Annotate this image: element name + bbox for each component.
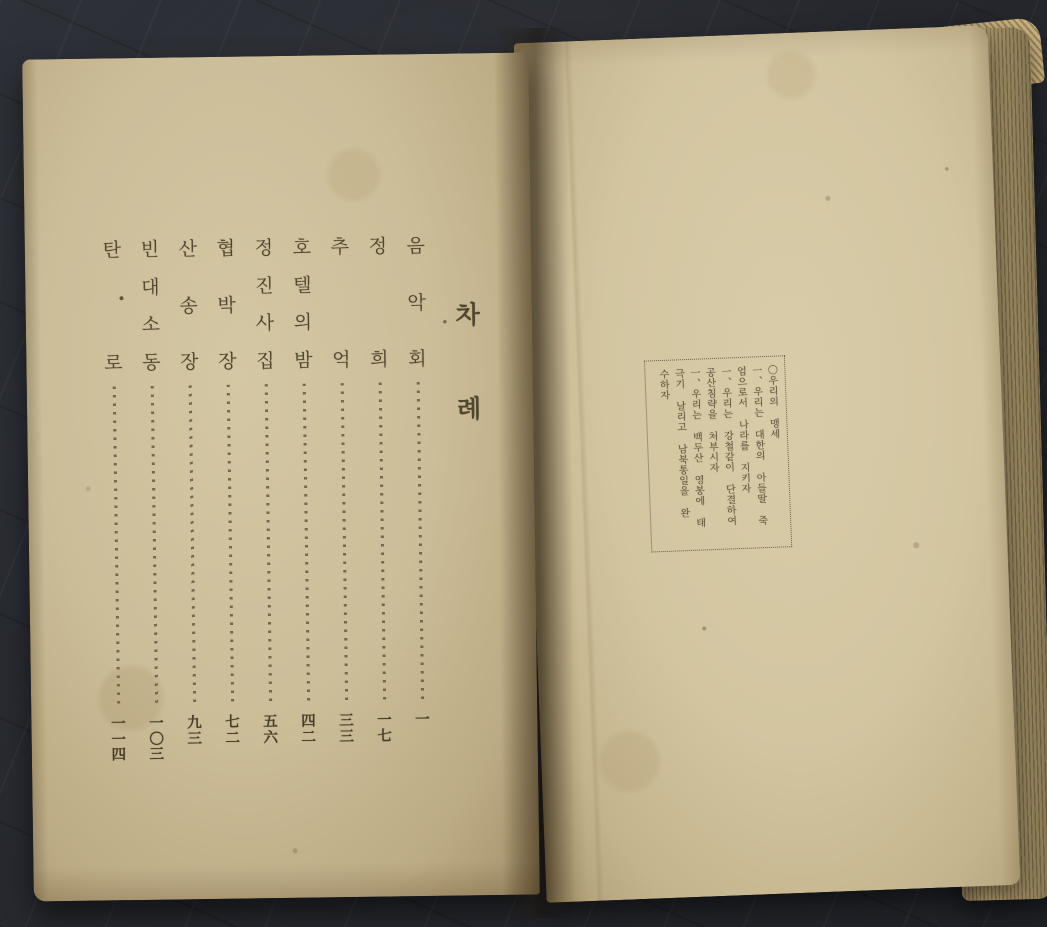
- toc-entry-page-char: 二: [225, 731, 240, 746]
- toc-entry: 음악회一: [399, 231, 441, 773]
- toc-entry-page-char: 一: [377, 713, 392, 728]
- toc-entry-page-char: 四: [301, 715, 316, 730]
- toc-entry-title: 추억: [323, 232, 359, 372]
- toc-entry-page-char: 三: [187, 732, 202, 747]
- toc-list: 음악회一정희一七추억三三호텔의밤四二정진사집五六협박장七二산송장九三빈대소동一〇…: [95, 231, 441, 778]
- toc-entry: 정희一七: [361, 231, 403, 773]
- toc-entry-title-char: 음: [406, 231, 425, 258]
- toc-entry-title-char: 송: [179, 291, 198, 318]
- toc-entry-page: 五六: [263, 715, 278, 775]
- toc-entry-page: 三三: [339, 714, 354, 774]
- toc-entry-page-char: 六: [263, 731, 278, 746]
- toc-entry-title: 정희: [361, 231, 397, 371]
- toc-entry-title-char: 희: [370, 344, 389, 371]
- toc-entry-title-char: 박: [217, 290, 236, 317]
- toc-entry: 빈대소동一〇三: [133, 235, 175, 777]
- page-title-char: 례: [457, 389, 482, 425]
- toc-entry-page-char: 一: [415, 713, 430, 728]
- dotted-leader: [112, 386, 119, 708]
- toc-entry-title-char: 빈: [140, 235, 159, 262]
- toc-entry-title-char: 로: [104, 348, 123, 375]
- toc-entry-title-char: 동: [142, 348, 161, 375]
- toc-entry-page-char: 三: [339, 730, 354, 745]
- toc-entry-title-char: 산: [178, 234, 197, 261]
- toc-entry-page-char: 九: [187, 716, 202, 731]
- toc-entry: 호텔의밤四二: [285, 232, 327, 774]
- toc-entry-title-char: 정: [368, 231, 387, 258]
- dotted-leader: [378, 383, 385, 705]
- toc-entry-title-char: 탄: [102, 235, 121, 262]
- toc-entry: 산송장九三: [171, 234, 213, 776]
- toc-entry-page: 九三: [187, 716, 202, 776]
- right-page: 〇우리의 맹세一、우리는 대한의 아들딸 죽엄으로서 나라를 지키자一、우리는 …: [514, 25, 1021, 903]
- toc-entry-title: 호텔의밤: [285, 232, 321, 372]
- toc-entry-page-char: 〇: [149, 732, 164, 747]
- book-photo: 〇우리의 맹세一、우리는 대한의 아들딸 죽엄으로서 나라를 지키자一、우리는 …: [0, 0, 1047, 927]
- toc-entry-page-char: 七: [377, 729, 392, 744]
- toc-entry-page-char: 三: [150, 748, 165, 763]
- toc-entry-page-char: 一: [111, 733, 126, 748]
- toc-entry: 추억三三: [323, 232, 365, 774]
- toc-entry-page: 七二: [225, 716, 240, 776]
- page-title-char: 차: [455, 295, 480, 331]
- dotted-leader: [150, 386, 157, 708]
- dotted-leader: [416, 382, 423, 704]
- page-title: 차례: [449, 295, 487, 425]
- toc-entry-title: 빈대소동: [133, 235, 169, 375]
- toc-entry-title-char: 텔: [293, 270, 312, 297]
- toc-entry-title: 산송장: [171, 234, 207, 374]
- toc-entry-title-char: 소: [141, 310, 160, 337]
- toc-entry-title-char: 악: [407, 287, 426, 314]
- toc-entry-title-char: 호: [292, 233, 311, 260]
- toc-entry-page-char: 二: [301, 730, 316, 745]
- left-page: 차례 음악회一정희一七추억三三호텔의밤四二정진사집五六협박장七二산송장九三빈대소…: [22, 53, 540, 902]
- toc-entry-title-char: 대: [141, 272, 160, 299]
- toc-entry-page-char: 四: [112, 748, 127, 763]
- toc-entry-title: 탄로: [95, 235, 131, 375]
- dotted-leader: [226, 385, 233, 707]
- toc-entry-title-char: 장: [180, 347, 199, 374]
- toc-entry-page-char: 七: [225, 716, 240, 731]
- toc-entry-title-char: 장: [218, 347, 237, 374]
- toc-entry-title-char: 사: [255, 308, 274, 335]
- toc-entry-page-char: 一: [149, 717, 164, 732]
- toc-entry-page: 一〇三: [149, 717, 164, 777]
- toc-entry-page-char: 三: [339, 714, 354, 729]
- toc-entry-title-char: 추: [330, 232, 349, 259]
- toc-entry-title: 협박장: [209, 234, 245, 374]
- toc-entry-title: 정진사집: [247, 233, 283, 373]
- toc-entry-page: 一七: [377, 713, 392, 773]
- toc-entry-title-char: 정: [254, 233, 273, 260]
- toc-entry: 협박장七二: [209, 234, 251, 776]
- toc-entry-page: 一: [415, 713, 430, 773]
- toc-entry-title-char: 밤: [294, 346, 313, 373]
- dotted-leader: [188, 385, 195, 707]
- dotted-leader: [264, 384, 271, 706]
- dotted-leader: [302, 384, 309, 706]
- pledge-box: 〇우리의 맹세一、우리는 대한의 아들딸 죽엄으로서 나라를 지키자一、우리는 …: [644, 355, 792, 552]
- toc-entry: 정진사집五六: [247, 233, 289, 775]
- toc-entry-page-char: 一: [111, 717, 126, 732]
- toc-entry-page: 四二: [301, 715, 316, 775]
- toc-entry-title-char: 의: [293, 308, 312, 335]
- toc-entry-title-char: 억: [332, 345, 351, 372]
- toc-entry-title-char: 회: [408, 344, 427, 371]
- toc-entry-title-char: 집: [256, 346, 275, 373]
- dotted-leader: [340, 383, 347, 705]
- toc-entry-title-char: 협: [216, 234, 235, 261]
- toc-entry: 탄로一一四: [95, 235, 137, 777]
- toc-entry-page-char: 五: [263, 715, 278, 730]
- toc-entry-title-char: 진: [255, 271, 274, 298]
- toc-entry-title: 음악회: [399, 231, 435, 371]
- toc-entry-page: 一一四: [111, 717, 126, 777]
